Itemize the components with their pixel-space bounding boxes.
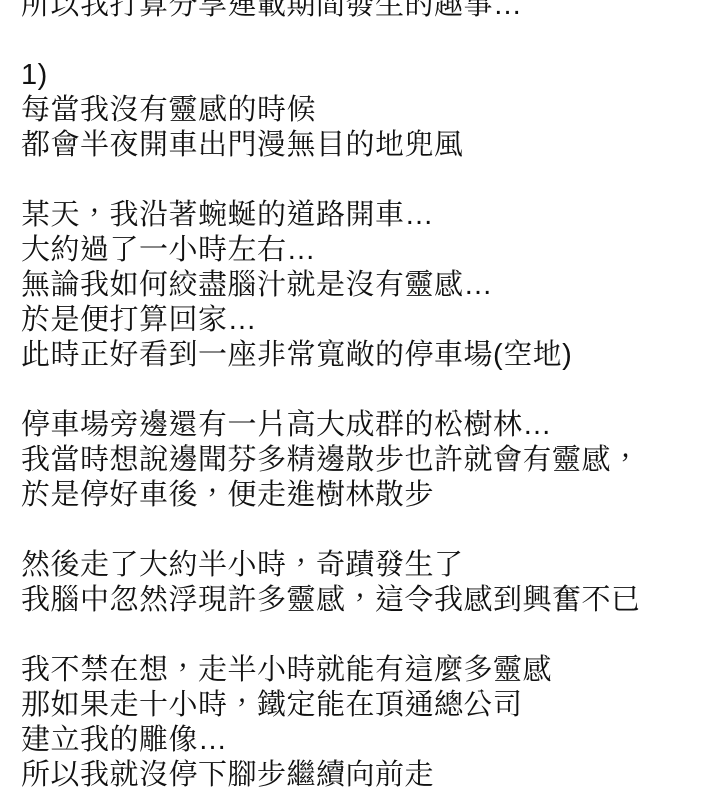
paragraph-story-2: 某天，我沿著蜿蜒的道路開車… 大約過了一小時左右… 無論我如何絞盡腦汁就是沒有靈… xyxy=(21,198,720,373)
text-line: 大約過了一小時左右… xyxy=(21,233,720,268)
text-line: 都會半夜開車出門漫無目的地兜風 xyxy=(21,128,720,163)
text-line: 每當我沒有靈感的時候 xyxy=(21,93,720,128)
text-line: 此時正好看到一座非常寬敞的停車場(空地) xyxy=(21,338,720,373)
paragraph-story-1: 1) 每當我沒有靈感的時候 都會半夜開車出門漫無目的地兜風 xyxy=(21,58,720,163)
text-line: 所以我就沒停下腳步繼續向前走 xyxy=(21,758,720,793)
text-line: 我當時想說邊聞芬多精邊散步也許就會有靈感， xyxy=(21,443,720,478)
text-line: 於是停好車後，便走進樹林散步 xyxy=(21,478,720,513)
paragraph-story-4: 然後走了大約半小時，奇蹟發生了 我腦中忽然浮現許多靈感，這令我感到興奮不已 xyxy=(21,548,720,618)
text-line: 無論我如何絞盡腦汁就是沒有靈感… xyxy=(21,268,720,303)
text-line: 我腦中忽然浮現許多靈感，這令我感到興奮不已 xyxy=(21,583,720,618)
text-line: 停車場旁邊還有一片高大成群的松樹林… xyxy=(21,408,720,443)
text-page: 所以我打算分享連載期間發生的趣事… 1) 每當我沒有靈感的時候 都會半夜開車出門… xyxy=(0,0,720,793)
text-line: 建立我的雕像… xyxy=(21,723,720,758)
list-number: 1) xyxy=(21,58,720,93)
paragraph-story-3: 停車場旁邊還有一片高大成群的松樹林… 我當時想說邊聞芬多精邊散步也許就會有靈感，… xyxy=(21,408,720,513)
text-line: 於是便打算回家… xyxy=(21,303,720,338)
text-line: 所以我打算分享連載期間發生的趣事… xyxy=(21,0,720,23)
text-line: 那如果走十小時，鐵定能在頂通總公司 xyxy=(21,688,720,723)
text-line: 然後走了大約半小時，奇蹟發生了 xyxy=(21,548,720,583)
paragraph-story-5: 我不禁在想，走半小時就能有這麼多靈感 那如果走十小時，鐵定能在頂通總公司 建立我… xyxy=(21,653,720,793)
paragraph-intro: 所以我打算分享連載期間發生的趣事… xyxy=(21,0,720,23)
text-line: 我不禁在想，走半小時就能有這麼多靈感 xyxy=(21,653,720,688)
text-line: 某天，我沿著蜿蜒的道路開車… xyxy=(21,198,720,233)
